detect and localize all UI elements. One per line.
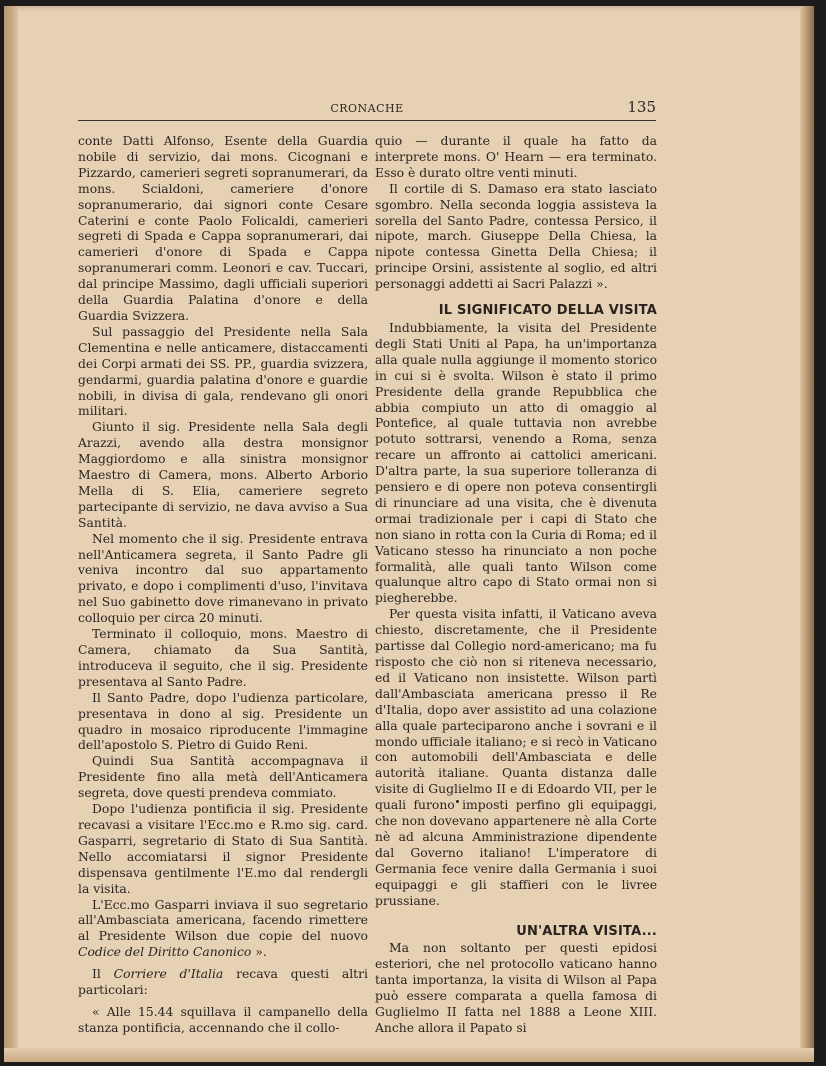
page-gutter [4, 6, 18, 1062]
ornament-dot [456, 800, 459, 803]
left-column: conte Datti Alfonso, Esente della Guardi… [78, 134, 368, 1037]
paragraph-corriere: Il Corriere d'Italia recava questi altri… [78, 967, 368, 999]
book-title: Codice del Diritto Canonico [78, 945, 251, 959]
page-number: 135 [627, 98, 656, 116]
page-edge-right [800, 6, 814, 1062]
right-column: quio — durante il quale ha fatto da inte… [375, 134, 657, 1037]
running-header: CRONACHE 135 [78, 96, 656, 121]
paragraph: quio — durante il quale ha fatto da inte… [375, 134, 657, 182]
running-title: CRONACHE [78, 102, 656, 115]
paragraph: Nel momento che il sig. Presidente entra… [78, 532, 368, 627]
paragraph: Dopo l'udienza pontificia il sig. Presid… [78, 802, 368, 897]
paragraph-gasparri: L'Ecc.mo Gasparri inviava il suo segreta… [78, 898, 368, 962]
paragraph-text: L'Ecc.mo Gasparri inviava il suo segreta… [78, 898, 368, 944]
page-edge-bottom [4, 1048, 814, 1062]
section-heading: IL SIGNIFICATO DELLA VISITA [375, 303, 657, 319]
paragraph: Per questa visita infatti, il Vaticano a… [375, 607, 657, 909]
section-heading: UN'ALTRA VISITA... [375, 924, 657, 940]
text: Il [92, 967, 114, 981]
paragraph: Terminato il colloquio, mons. Maestro di… [78, 627, 368, 691]
paragraph: conte Datti Alfonso, Esente della Guardi… [78, 134, 368, 325]
quote-paragraph: « Alle 15.44 squillava il campanello del… [78, 1005, 368, 1037]
paragraph: Ma non soltanto per questi epidosi ester… [375, 941, 657, 1036]
newspaper-title: Corriere d'Italia [114, 967, 224, 981]
paragraph: Il cortile di S. Damaso era stato lascia… [375, 182, 657, 293]
paragraph: Sul passaggio del Presidente nella Sala … [78, 325, 368, 420]
paragraph: Quindi Sua Santità accompagnava il Presi… [78, 754, 368, 802]
quote-close: ». [251, 945, 266, 959]
paragraph: Giunto il sig. Presidente nella Sala deg… [78, 420, 368, 531]
paragraph: Indubbiamente, la visita del Presidente … [375, 321, 657, 607]
paragraph: Il Santo Padre, dopo l'udienza particola… [78, 691, 368, 755]
